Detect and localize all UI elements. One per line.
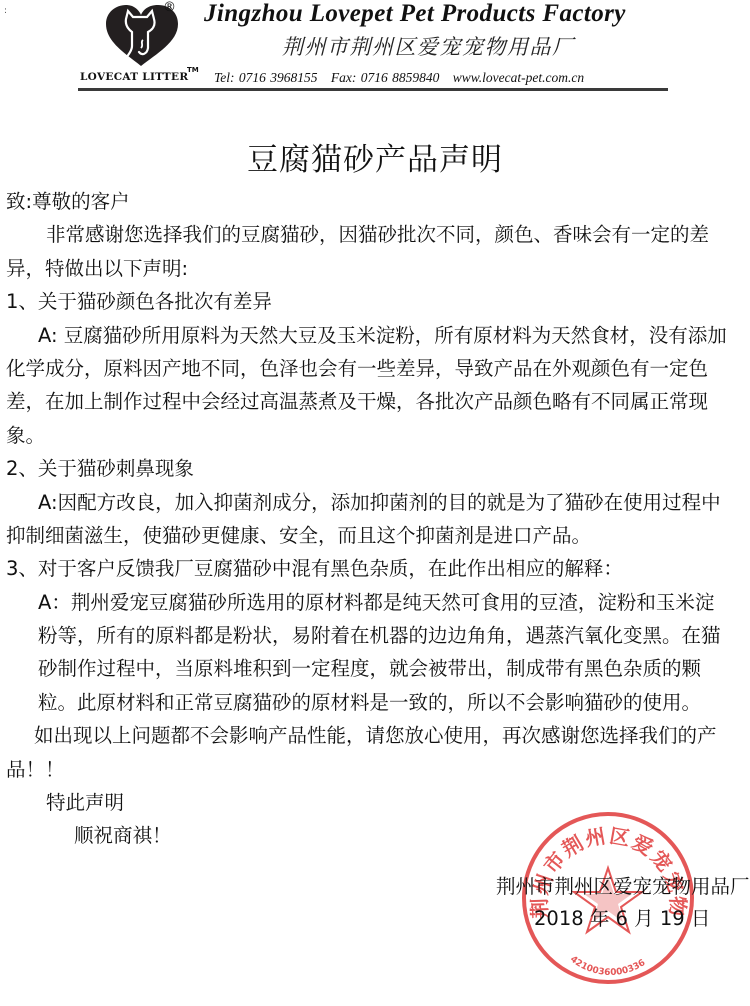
signature-company: 荆州市荆州区爱宠宠物用品厂 <box>496 871 750 899</box>
closing-line: 品！！ <box>6 753 746 786</box>
contact-line: Tel: 0716 3968155 Fax: 0716 8859840 www.… <box>214 70 593 86</box>
section-heading: 2、关于猫砂刺鼻现象 <box>6 452 746 485</box>
signature-date: 2018 年 6 月 19 日 <box>534 903 710 931</box>
section-answer-line: 粉等，所有的原料都是粉状，易附着在机器的边边角角，遇蒸汽氧化变黑。在猫 <box>6 619 746 652</box>
intro-line: 非常感谢您选择我们的豆腐猫砂，因猫砂批次不同，颜色、香味会有一定的差 <box>6 218 746 251</box>
svg-text:4210036000336: 4210036000336 <box>568 954 647 978</box>
company-name-chinese: 荆州市荆州区爱宠宠物用品厂 <box>282 31 575 61</box>
registered-mark: ® <box>163 0 176 15</box>
section-heading: 3、对于客户反馈我厂豆腐猫砂中混有黑色杂质，在此作出相应的解释： <box>6 552 746 585</box>
document-body: 致:尊敬的客户 非常感谢您选择我们的豆腐猫砂，因猫砂批次不同，颜色、香味会有一定… <box>6 185 746 853</box>
trademark-mark: TM <box>187 66 199 74</box>
website-link[interactable]: www.lovecat-pet.com.cn <box>453 70 584 85</box>
salutation: 致:尊敬的客户 <box>6 185 746 218</box>
letterhead: ® LOVECAT LITTER TM Jingzhou Lovepet Pet… <box>0 0 750 100</box>
header-divider <box>78 88 668 91</box>
company-name-english: Jingzhou Lovepet Pet Products Factory <box>204 0 626 28</box>
section-answer-line: 抑制细菌滋生，使猫砂更健康、安全，而且这个抑菌剂是进口产品。 <box>6 519 746 552</box>
closing-line: 如出现以上问题都不会影响产品性能，请您放心使用，再次感谢您选择我们的产 <box>6 719 746 752</box>
section-answer-line: 象。 <box>6 419 746 452</box>
section-answer-line: 砂制作过程中，当原料堆积到一定程度，就会被带出，制成带有黑色杂质的颗 <box>6 652 746 685</box>
section-answer-line: A:因配方改良，加入抑菌剂成分，添加抑菌剂的目的就是为了猫砂在使用过程中 <box>6 486 746 519</box>
telephone: Tel: 0716 3968155 <box>214 70 318 85</box>
fax: Fax: 0716 8859840 <box>331 70 439 85</box>
section-answer-line: A: 豆腐猫砂所用原料为天然大豆及玉米淀粉，所有原材料为天然食材，没有添加 <box>6 319 746 352</box>
section-answer-line: 化学成分，原料因产地不同，色泽也会有一些差异，导致产品在外观颜色有一定色 <box>6 352 746 385</box>
intro-line: 异，特做出以下声明: <box>6 252 746 285</box>
section-answer-line: A：荆州爱宠豆腐猫砂所选用的原材料都是纯天然可食用的豆渣，淀粉和玉米淀 <box>6 586 746 619</box>
section-heading: 1、关于猫砂颜色各批次有差异 <box>6 285 746 318</box>
document-title: 豆腐猫砂产品声明 <box>0 134 750 179</box>
section-answer-line: 差，在加上制作过程中会经过高温蒸煮及干燥，各批次产品颜色略有不同属正常现 <box>6 385 746 418</box>
section-answer-line: 粒。此原材料和正常豆腐猫砂的原材料是一致的，所以不会影响猫砂的使用。 <box>6 686 746 719</box>
logo-caption: LOVECAT LITTER <box>80 71 188 83</box>
